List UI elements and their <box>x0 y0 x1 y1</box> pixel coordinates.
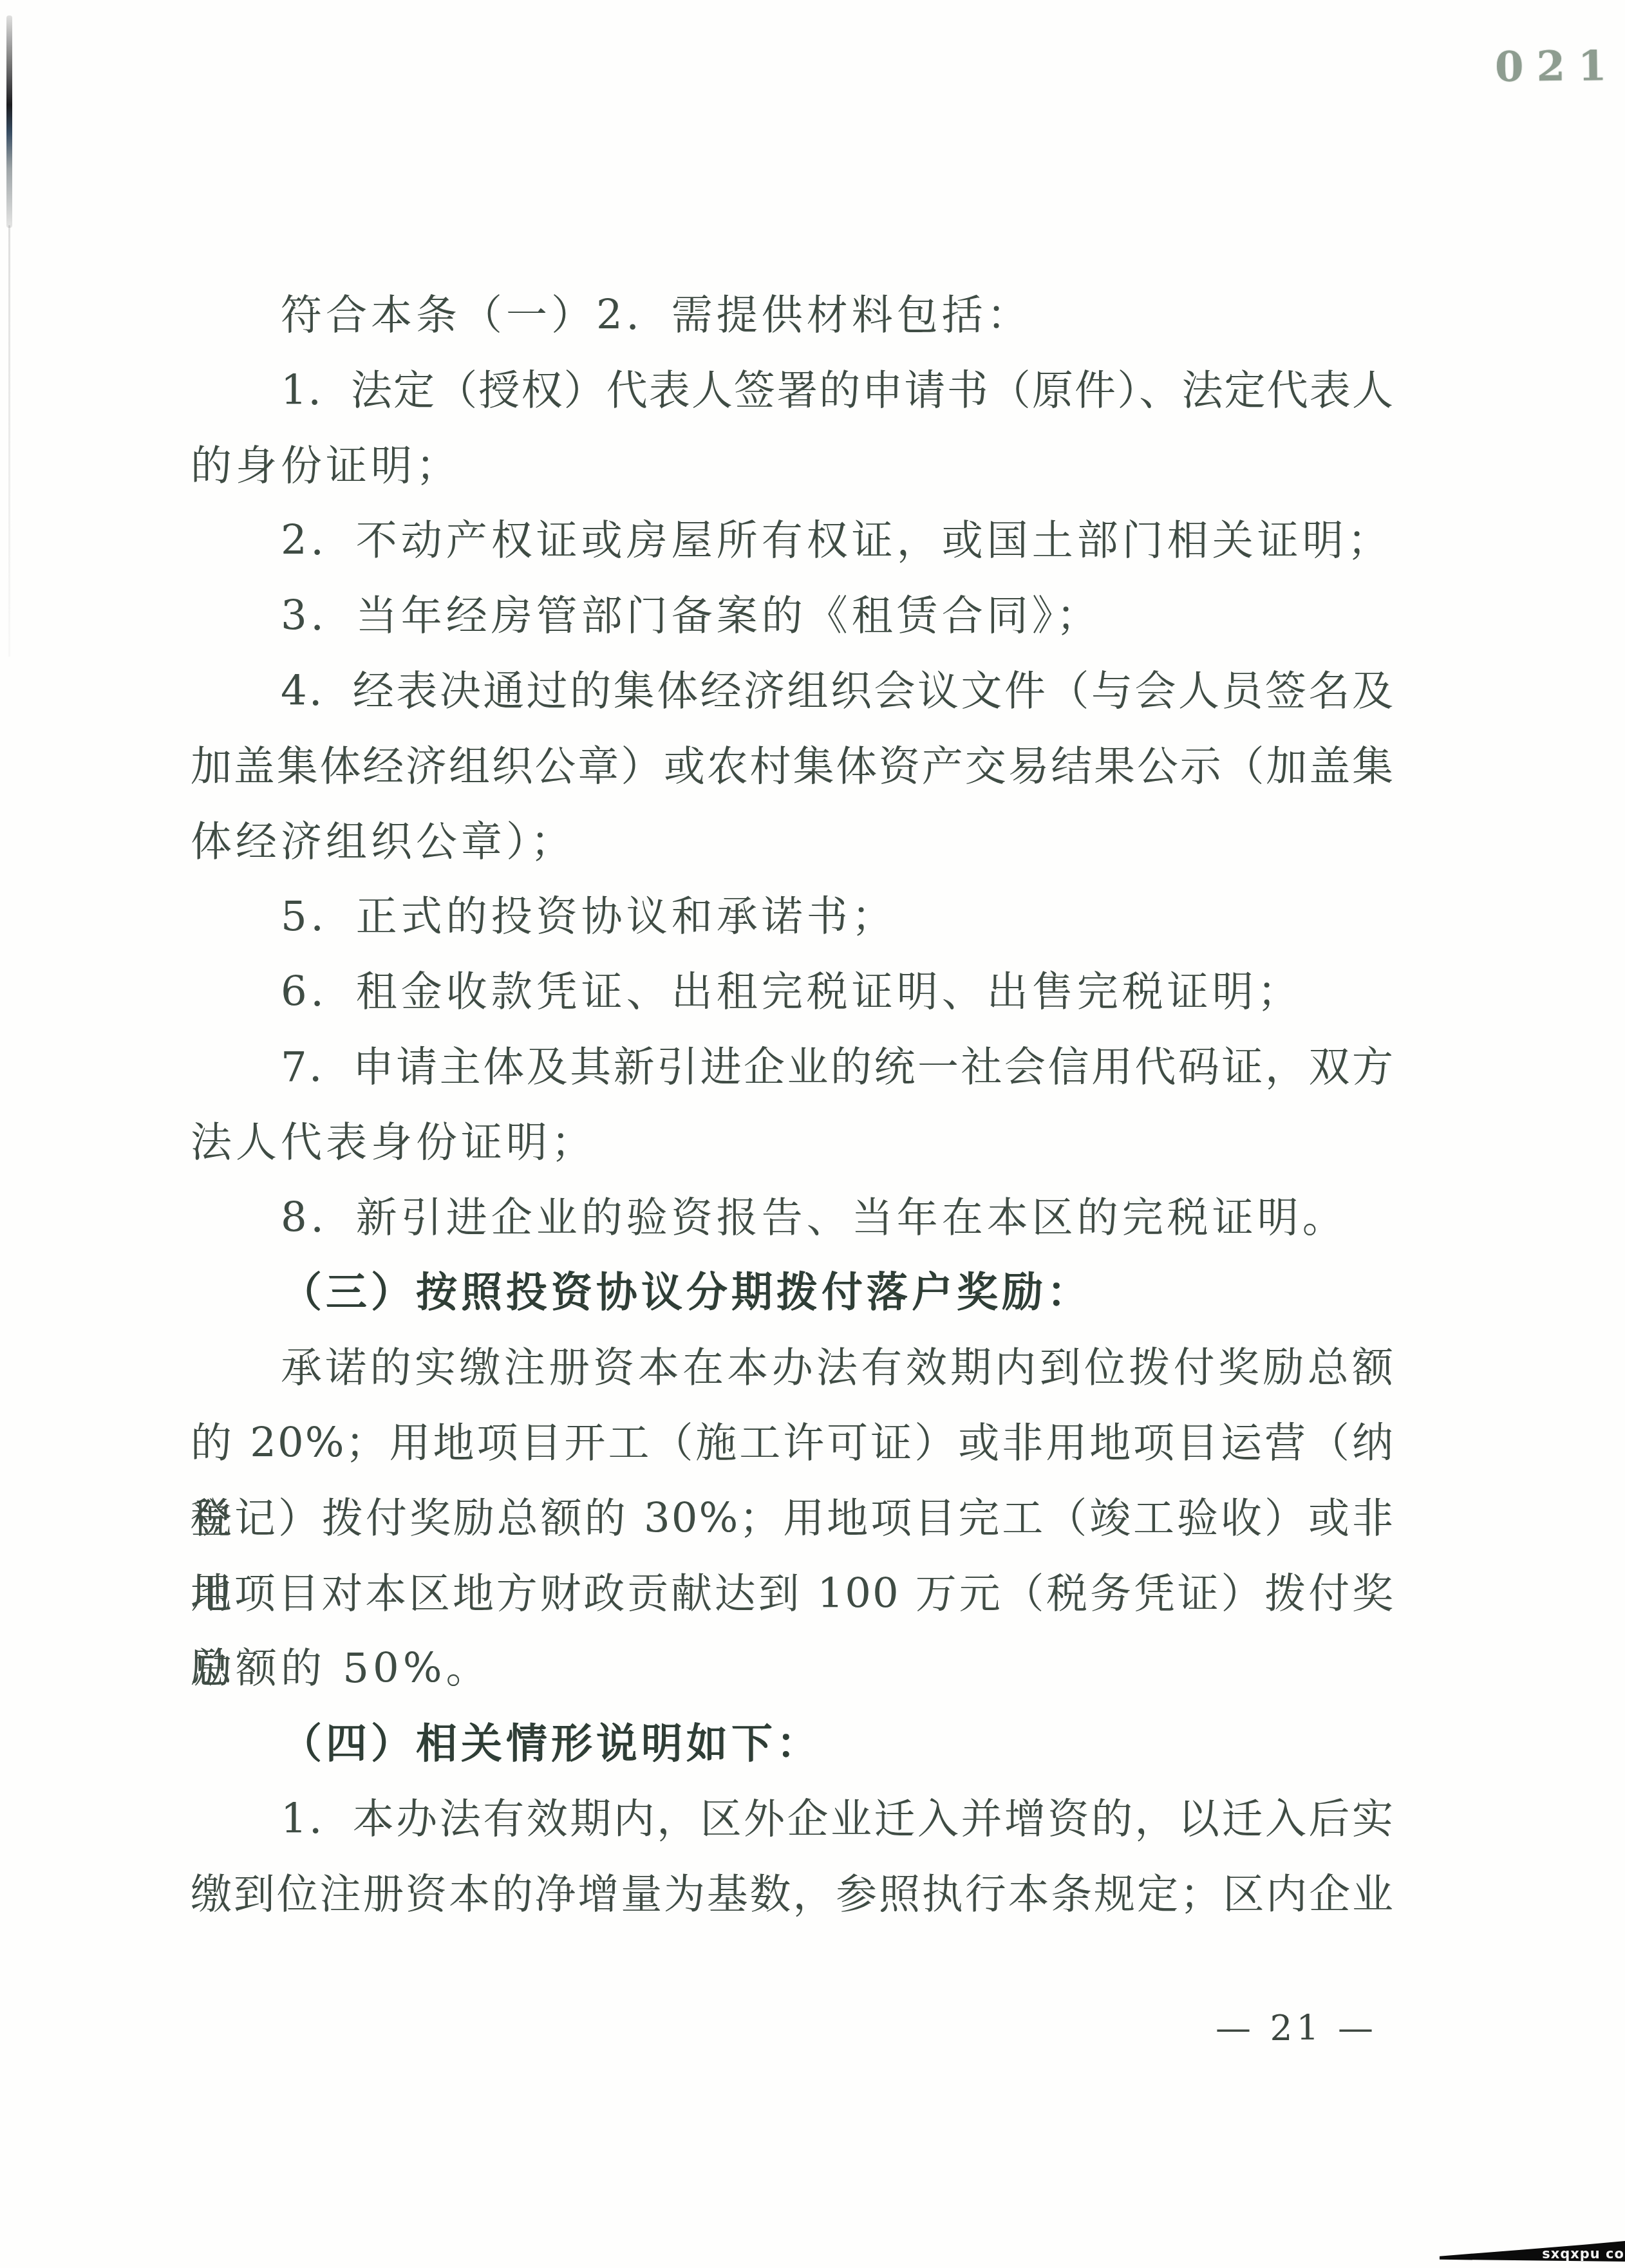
text-line: 体经济组织公章）； <box>191 805 1395 880</box>
page-stamp-number: 021 <box>1495 42 1620 91</box>
text-line: 6．租金收款凭证、出租完税证明、出售完税证明； <box>191 955 1395 1030</box>
text-line: 2．不动产权证或房屋所有权证，或国土部门相关证明； <box>191 503 1395 579</box>
section-heading: （四）相关情形说明如下： <box>191 1707 1395 1782</box>
text-line: 5．正式的投资协议和承诺书； <box>191 879 1395 955</box>
section-heading: （三）按照投资协议分期拨付落户奖励： <box>191 1255 1395 1331</box>
document-page: 021 符合本条（一）2．需提供材料包括： 1．法定（授权）代表人签署的申请书（… <box>0 0 1625 2268</box>
text-line: 3．当年经房管部门备案的《租赁合同》； <box>191 579 1395 654</box>
text-line: 8．新引进企业的验资报告、当年在本区的完税证明。 <box>191 1181 1395 1256</box>
text-line: 加盖集体经济组织公章）或农村集体资产交易结果公示（加盖集 <box>191 729 1395 805</box>
text-line: 登记）拨付奖励总额的 30%；用地项目完工（竣工验收）或非用 <box>191 1481 1395 1557</box>
text-line: 缴到位注册资本的净增量为基数，参照执行本条规定；区内企业 <box>191 1857 1395 1933</box>
page-number: — 21 — <box>1216 2007 1377 2048</box>
text-line: 符合本条（一）2．需提供材料包括： <box>191 278 1395 353</box>
scan-binding-artifact <box>6 15 12 228</box>
text-line: 法人代表身份证明； <box>191 1105 1395 1181</box>
text-line: 的身份证明； <box>191 429 1395 504</box>
text-line: 总额的 50%。 <box>191 1631 1395 1707</box>
text-line: 1．法定（授权）代表人签署的申请书（原件）、法定代表人 <box>191 353 1395 429</box>
watermark-text: sxqxpu co <box>1542 2247 1624 2261</box>
text-line: 承诺的实缴注册资本在本办法有效期内到位拨付奖励总额 <box>191 1331 1395 1406</box>
text-line: 的 20%；用地项目开工（施工许可证）或非用地项目运营（纳税 <box>191 1406 1395 1481</box>
document-body: 符合本条（一）2．需提供材料包括： 1．法定（授权）代表人签署的申请书（原件）、… <box>191 278 1395 1933</box>
text-line: 4．经表决通过的集体经济组织会议文件（与会人员签名及 <box>191 654 1395 729</box>
text-line: 地项目对本区地方财政贡献达到 100 万元（税务凭证）拨付奖励 <box>191 1557 1395 1632</box>
text-line: 7．申请主体及其新引进企业的统一社会信用代码证，双方 <box>191 1030 1395 1105</box>
scan-watermark: sxqxpu co <box>1440 2241 1625 2262</box>
scan-binding-artifact-faint <box>8 225 10 657</box>
text-line: 1．本办法有效期内，区外企业迁入并增资的，以迁入后实 <box>191 1782 1395 1857</box>
